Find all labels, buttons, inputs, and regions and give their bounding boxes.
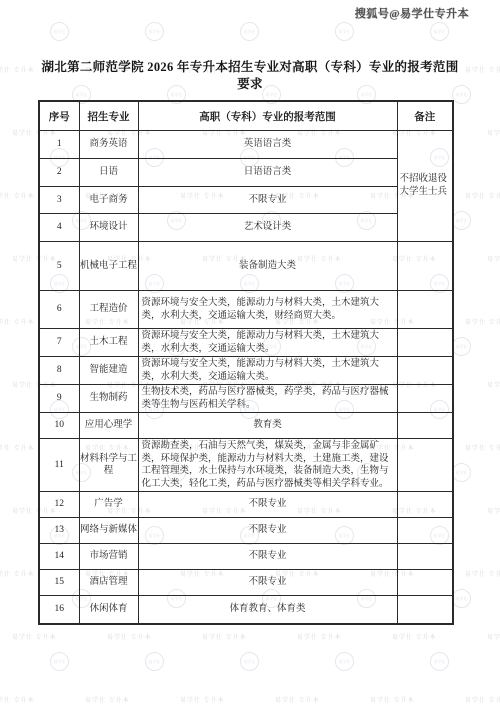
- major-cell: 环境设计: [79, 214, 138, 242]
- remark-empty-cell: [397, 570, 453, 596]
- table-row: 13网络与新媒体不限专业: [39, 518, 453, 544]
- remark-empty-cell: [397, 357, 453, 385]
- col-header-index: 序号: [39, 101, 79, 131]
- watermark-text: 易学仕 专升本: [465, 191, 500, 200]
- watermark-text: 易学仕 专升本: [487, 632, 500, 641]
- watermark-stamp-icon: 易学仕: [430, 652, 449, 671]
- row-number-cell: 4: [39, 214, 79, 242]
- scope-cell: 体育教育、体育类: [138, 596, 397, 624]
- watermark-text: 易学仕 专升本: [487, 380, 500, 389]
- watermark-text: 易学仕 专升本: [0, 191, 35, 200]
- scope-cell: 生物技术类，药品与医疗器械类，药学类，药品与医疗器械类等生物与医药相关学科。: [138, 385, 397, 413]
- table-row: 2日语日语语言类: [39, 159, 453, 187]
- watermark-text: 易学仕 专升本: [0, 317, 35, 326]
- watermark-unit: 易学仕易学仕 专升本: [487, 211, 500, 271]
- watermark-unit: 易学仕易学仕 专升本: [487, 85, 500, 145]
- scope-cell: 不限专业: [138, 570, 397, 596]
- row-number-cell: 8: [39, 357, 79, 385]
- sohu-account-mark: 搜狐号@易学仕专升本: [355, 5, 469, 21]
- watermark-text: 易学仕 专升本: [0, 569, 35, 578]
- major-cell: 市场营销: [79, 544, 138, 570]
- watermark-unit: 易学仕易学仕 专升本: [487, 463, 500, 523]
- col-header-scope: 高职（专科）专业的报考范围: [138, 101, 397, 131]
- table-row: 5机械电子工程装备制造大类: [39, 242, 453, 291]
- watermark-text: 易学仕 专升本: [180, 695, 225, 704]
- scope-cell: 资源环境与安全大类，能源动力与材料大类，土木建筑大类，水利大类，交通运输大类，财…: [138, 291, 397, 329]
- major-cell: 商务英语: [79, 131, 138, 159]
- document-title: 湖北第二师范学院 2026 年专升本招生专业对高职（专科）专业的报考范围 要求: [0, 59, 500, 93]
- watermark-text: 易学仕 专升本: [370, 695, 415, 704]
- table-row: 7土木工程资源环境与安全大类，能源动力与材料大类，土木建筑大类，水利大类，交通运…: [39, 329, 453, 357]
- row-number-cell: 11: [39, 439, 79, 492]
- row-number-cell: 10: [39, 413, 79, 439]
- row-number-cell: 13: [39, 518, 79, 544]
- major-cell: 工程造价: [79, 291, 138, 329]
- row-number-cell: 1: [39, 131, 79, 159]
- remark-empty-cell: [397, 413, 453, 439]
- watermark-text: 易学仕 专升本: [487, 506, 500, 515]
- watermark-unit: 易学仕易学仕 专升本: [85, 652, 180, 706]
- table-row: 4环境设计艺术设计类: [39, 214, 453, 242]
- major-cell: 材料科学与工程: [79, 439, 138, 492]
- major-cell: 智能建造: [79, 357, 138, 385]
- scope-cell: 艺术设计类: [138, 214, 397, 242]
- watermark-unit: 易学仕易学仕 专升本: [465, 526, 500, 586]
- scope-cell: 不限专业: [138, 187, 397, 214]
- row-number-cell: 7: [39, 329, 79, 357]
- watermark-stamp-icon: 易学仕: [452, 589, 471, 608]
- scope-cell: 装备制造大类: [138, 242, 397, 291]
- watermark-text: 易学仕 专升本: [202, 632, 247, 641]
- watermark-text: 易学仕 专升本: [297, 632, 342, 641]
- table-row: 1商务英语英语语言类不招收退役大学生士兵: [39, 131, 453, 159]
- scope-cell: 不限专业: [138, 544, 397, 570]
- watermark-text: 易学仕 专升本: [85, 695, 130, 704]
- watermark-unit: 易学仕易学仕 专升本: [465, 652, 500, 706]
- table-row: 15酒店管理不限专业: [39, 570, 453, 596]
- remark-merged-cell: 不招收退役大学生士兵: [397, 131, 453, 242]
- major-cell: 机械电子工程: [79, 242, 138, 291]
- row-number-cell: 12: [39, 492, 79, 518]
- major-cell: 酒店管理: [79, 570, 138, 596]
- row-number-cell: 14: [39, 544, 79, 570]
- watermark-text: 易学仕 专升本: [487, 128, 500, 137]
- watermark-stamp-icon: 易学仕: [145, 652, 164, 671]
- watermark-stamp-icon: 易学仕: [145, 22, 164, 41]
- scope-cell: 资源勘查类，石油与天然气类，煤炭类，金属与非金属矿类，环境保护类，能源动力与材料…: [138, 439, 397, 492]
- remark-empty-cell: [397, 518, 453, 544]
- watermark-unit: 易学仕易学仕 专升本: [275, 652, 370, 706]
- remark-empty-cell: [397, 596, 453, 624]
- scope-cell: 教育类: [138, 413, 397, 439]
- row-number-cell: 6: [39, 291, 79, 329]
- admissions-table: 序号 招生专业 高职（专科）专业的报考范围 备注 1商务英语英语语言类不招收退役…: [38, 100, 454, 625]
- scope-cell: 资源环境与安全大类，能源动力与材料大类，土木建筑大类，水利大类，交通运输大类。: [138, 357, 397, 385]
- watermark-unit: 易学仕易学仕 专升本: [465, 274, 500, 334]
- watermark-text: 易学仕 专升本: [465, 443, 500, 452]
- document-page: 易学仕易学仕 专升本易学仕易学仕 专升本易学仕易学仕 专升本易学仕易学仕 专升本…: [0, 0, 500, 706]
- watermark-text: 易学仕 专升本: [275, 695, 320, 704]
- document-title-line2: 要求: [0, 76, 500, 93]
- scope-cell: 日语语言类: [138, 159, 397, 187]
- watermark-text: 易学仕 专升本: [487, 254, 500, 263]
- scope-cell: 英语语言类: [138, 131, 397, 159]
- document-title-line1: 湖北第二师范学院 2026 年专升本招生专业对高职（专科）专业的报考范围: [0, 59, 500, 76]
- watermark-stamp-icon: 易学仕: [50, 22, 69, 41]
- row-number-cell: 9: [39, 385, 79, 413]
- watermark-text: 易学仕 专升本: [465, 317, 500, 326]
- table-row: 6工程造价资源环境与安全大类，能源动力与材料大类，土木建筑大类，水利大类，交通运…: [39, 291, 453, 329]
- row-number-cell: 2: [39, 159, 79, 187]
- remark-empty-cell: [397, 492, 453, 518]
- watermark-unit: 易学仕易学仕 专升本: [180, 652, 275, 706]
- row-number-cell: 16: [39, 596, 79, 624]
- remark-empty-cell: [397, 385, 453, 413]
- watermark-stamp-icon: 易学仕: [335, 22, 354, 41]
- watermark-unit: 易学仕易学仕 专升本: [487, 589, 500, 649]
- watermark-text: 易学仕 专升本: [465, 695, 500, 704]
- watermark-text: 易学仕 专升本: [0, 695, 35, 704]
- table-row: 10应用心理学教育类: [39, 413, 453, 439]
- table-row: 14市场营销不限专业: [39, 544, 453, 570]
- table-row: 8智能建造资源环境与安全大类，能源动力与材料大类，土木建筑大类，水利大类，交通运…: [39, 357, 453, 385]
- row-number-cell: 15: [39, 570, 79, 596]
- watermark-text: 易学仕 专升本: [107, 632, 152, 641]
- scope-cell: 不限专业: [138, 492, 397, 518]
- remark-empty-cell: [397, 242, 453, 291]
- watermark-stamp-icon: 易学仕: [240, 652, 259, 671]
- table-row: 3电子商务不限专业: [39, 187, 453, 214]
- remark-empty-cell: [397, 291, 453, 329]
- watermark-stamp-icon: 易学仕: [452, 463, 471, 482]
- major-cell: 网络与新媒体: [79, 518, 138, 544]
- table-row: 12广告学不限专业: [39, 492, 453, 518]
- watermark-text: 易学仕 专升本: [392, 632, 437, 641]
- major-cell: 休闲体育: [79, 596, 138, 624]
- remark-empty-cell: [397, 544, 453, 570]
- watermark-unit: 易学仕易学仕 专升本: [370, 652, 465, 706]
- watermark-stamp-icon: 易学仕: [240, 22, 259, 41]
- watermark-stamp-icon: 易学仕: [452, 211, 471, 230]
- remark-empty-cell: [397, 329, 453, 357]
- scope-cell: 资源环境与安全大类，能源动力与材料大类，土木建筑大类，水利大类，交通运输大类。: [138, 329, 397, 357]
- watermark-stamp-icon: 易学仕: [430, 22, 449, 41]
- table-row: 9生物制药生物技术类，药品与医疗器械类，药学类，药品与医疗器械类等生物与医药相关…: [39, 385, 453, 413]
- watermark-stamp-icon: 易学仕: [50, 652, 69, 671]
- col-header-major: 招生专业: [79, 101, 138, 131]
- major-cell: 广告学: [79, 492, 138, 518]
- watermark-text: 易学仕 专升本: [465, 569, 500, 578]
- table-row: 16休闲体育体育教育、体育类: [39, 596, 453, 624]
- table-header-row: 序号 招生专业 高职（专科）专业的报考范围 备注: [39, 101, 453, 131]
- major-cell: 日语: [79, 159, 138, 187]
- major-cell: 土木工程: [79, 329, 138, 357]
- remark-empty-cell: [397, 439, 453, 492]
- watermark-stamp-icon: 易学仕: [452, 337, 471, 356]
- row-number-cell: 5: [39, 242, 79, 291]
- watermark-text: 易学仕 专升本: [12, 632, 57, 641]
- watermark-stamp-icon: 易学仕: [335, 652, 354, 671]
- watermark-unit: 易学仕易学仕 专升本: [487, 337, 500, 397]
- watermark-unit: 易学仕易学仕 专升本: [465, 148, 500, 208]
- major-cell: 电子商务: [79, 187, 138, 214]
- row-number-cell: 3: [39, 187, 79, 214]
- watermark-unit: 易学仕易学仕 专升本: [0, 652, 85, 706]
- watermark-text: 易学仕 专升本: [0, 443, 35, 452]
- major-cell: 生物制药: [79, 385, 138, 413]
- col-header-remark: 备注: [397, 101, 453, 131]
- table-row: 11材料科学与工程资源勘查类，石油与天然气类，煤炭类，金属与非金属矿类，环境保护…: [39, 439, 453, 492]
- watermark-unit: 易学仕易学仕 专升本: [465, 400, 500, 460]
- scope-cell: 不限专业: [138, 518, 397, 544]
- major-cell: 应用心理学: [79, 413, 138, 439]
